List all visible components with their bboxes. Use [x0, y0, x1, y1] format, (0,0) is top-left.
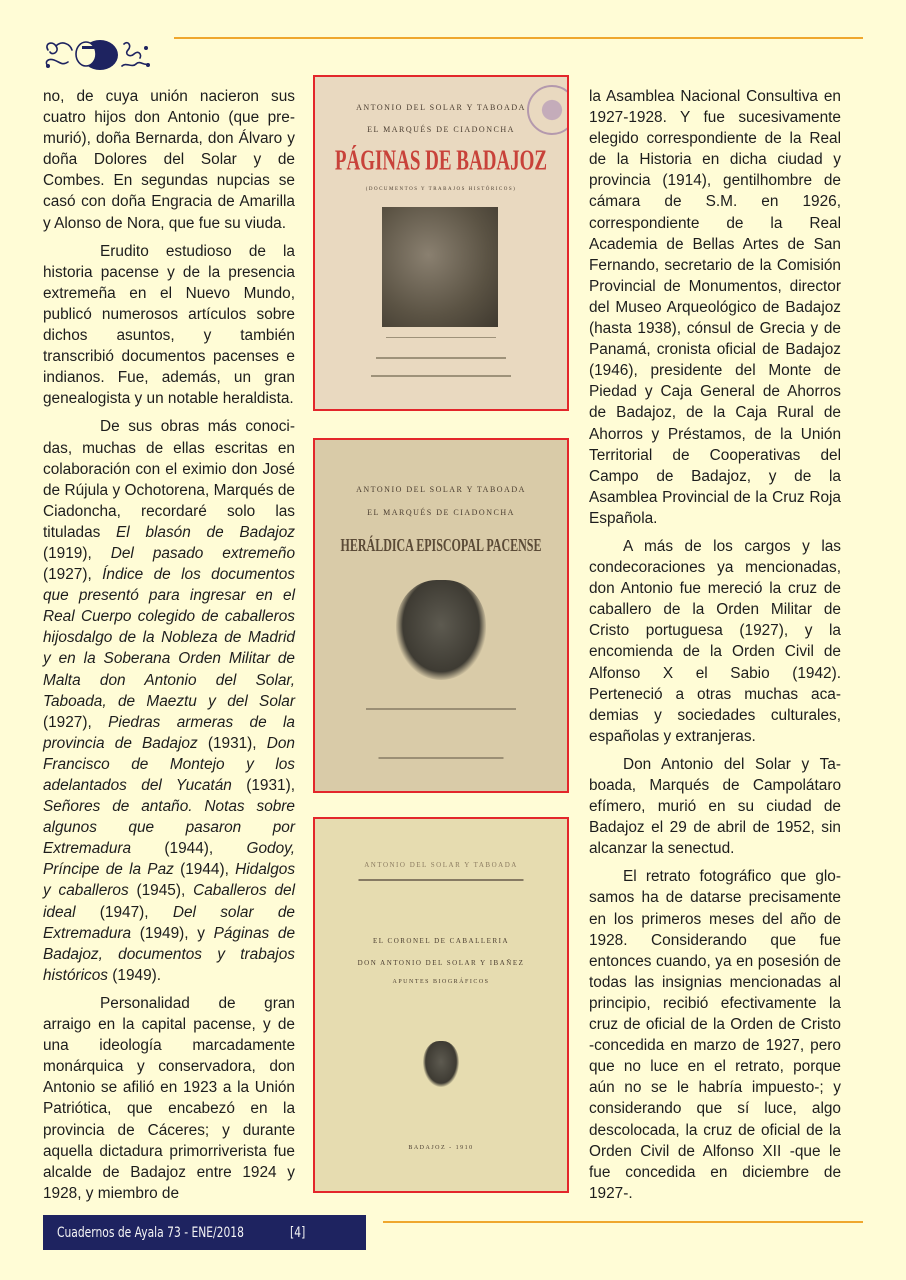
cover-subtitle: (DOCUMENTOS Y TRABAJOS HISTÓRICOS) [315, 187, 567, 192]
cover-author: ANTONIO DEL SOLAR Y TABOADA [315, 103, 567, 112]
book-cover-heraldica-episcopal: ANTONIO DEL SOLAR Y TABOADA EL MARQUÉS D… [313, 438, 569, 793]
paragraph: Personalidad de gran arraigo en la capit… [43, 993, 295, 1204]
cover-line-2: DON ANTONIO DEL SOLAR Y IBAÑEZ [315, 959, 567, 967]
cover-imprint [379, 757, 504, 759]
work-title: El blasón de Badajoz [116, 524, 295, 541]
ayala-logo-icon [42, 36, 152, 74]
work-title: Del pasado ex­tremeño [111, 545, 295, 562]
cover-imprint [371, 375, 511, 377]
page-number: [4] [290, 1225, 305, 1241]
cover-line-3: APUNTES BIOGRÁFICOS [315, 979, 567, 985]
paragraph: A más de los cargos y las condecoracione… [589, 536, 841, 747]
publication-name: Cuadernos de Ayala 73 - ENE/2018 [57, 1225, 244, 1241]
paragraph: la Asamblea Nacional Consultiva en 1927-… [589, 86, 841, 529]
book-cover-paginas-de-badajoz: ANTONIO DEL SOLAR Y TABOADA EL MARQUÉS D… [313, 75, 569, 411]
right-text-column: la Asamblea Nacional Consultiva en 1927-… [589, 86, 841, 1211]
cover-publisher [366, 708, 516, 710]
paragraph: no, de cuya unión nacieron sus cuatro hi… [43, 86, 295, 234]
coat-of-arms-icon [396, 580, 486, 680]
book-cover-coronel-de-caballeria: ANTONIO DEL SOLAR Y TABOADA EL CORONEL D… [313, 817, 569, 1193]
cover-caption [386, 337, 496, 338]
header-rule [174, 37, 863, 39]
cover-title: HERÁLDICA EPISCOPAL PACENSE [315, 534, 567, 557]
cover-coauthor: EL MARQUÉS DE CIADONCHA [315, 508, 567, 517]
cover-title: PÁGINAS DE BADAJOZ [315, 146, 567, 179]
cover-line-1: EL CORONEL DE CABALLERIA [315, 937, 567, 945]
left-text-column: no, de cuya unión nacieron sus cuatro hi… [43, 86, 295, 1211]
paragraph-works: De sus obras más conoci­das, muchas de e… [43, 416, 295, 986]
paragraph: Don Antonio del Solar y Ta­boada, Marqué… [589, 754, 841, 859]
cover-coauthor: EL MARQUÉS DE CIADONCHA [315, 125, 567, 134]
work-title: Índice de los do­cumentos que presentó p… [43, 566, 295, 710]
cover-divider [359, 879, 524, 881]
cover-author: ANTONIO DEL SOLAR Y TABOADA [315, 485, 567, 494]
coat-of-arms-icon [423, 1041, 459, 1087]
cover-imprint: BADAJOZ - 1910 [315, 1145, 567, 1151]
cover-author: ANTONIO DEL SOLAR Y TABOADA [315, 861, 567, 869]
cover-photo [382, 207, 498, 327]
footer-publication-box: Cuadernos de Ayala 73 - ENE/2018 [4] [43, 1215, 366, 1250]
footer-rule [383, 1221, 863, 1223]
paragraph: El retrato fotográfico que glo­samos ha … [589, 866, 841, 1204]
paragraph: Erudito estudioso de la historia pacense… [43, 241, 295, 410]
cover-publisher [376, 357, 506, 359]
